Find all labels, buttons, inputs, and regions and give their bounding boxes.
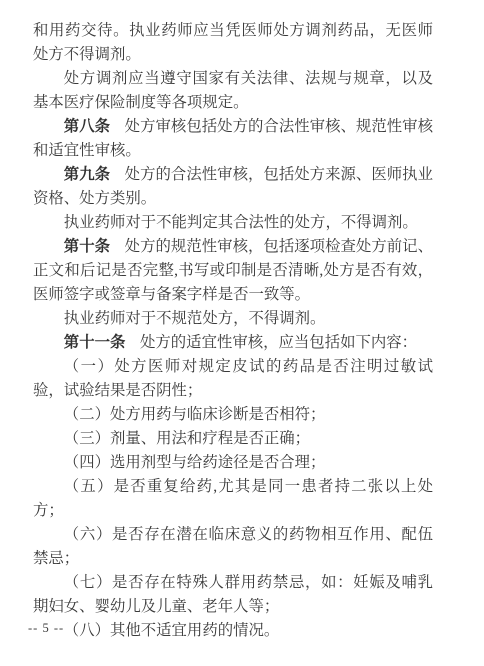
paragraph-article-8: 第八条处方审核包括处方的合法性审核、规范性审核和适宜性审核。 xyxy=(33,115,433,163)
paragraph-text: （五）是否重复给药,尤其是同一患者持二张以上处方； xyxy=(33,478,433,519)
article-10-number: 第十条 xyxy=(64,238,110,255)
list-item-3: （三）剂量、用法和疗程是否正确； xyxy=(33,427,433,451)
document-page: 和用药交待。执业药师应当凭医师处方调剂药品，无医师处方不得调剂。 处方调剂应当遵… xyxy=(0,0,484,666)
paragraph-article-11: 第十一条处方的适宜性审核，应当包括如下内容： xyxy=(33,331,433,355)
paragraph-nonstandard-refusal: 执业药师对于不规范处方，不得调剂。 xyxy=(33,307,433,331)
paragraph-text: （三）剂量、用法和疗程是否正确； xyxy=(64,430,310,447)
paragraph-text: 处方调剂应当遵守国家有关法律、法规与规章，以及基本医疗保险制度等各项规定。 xyxy=(33,70,433,111)
list-item-4: （四）选用剂型与给药途径是否合理； xyxy=(33,451,433,475)
page-number: -- 5 -- xyxy=(28,620,64,636)
article-11-number: 第十一条 xyxy=(64,334,126,351)
article-9-number: 第九条 xyxy=(64,166,110,183)
paragraph-text: （四）选用剂型与给药途径是否合理； xyxy=(64,454,326,471)
list-item-7: （七）是否存在特殊人群用药禁忌，如：妊娠及哺乳期妇女、婴幼儿及儿童、老年人等； xyxy=(33,571,433,619)
paragraph-legality-refusal: 执业药师对于不能判定其合法性的处方，不得调剂。 xyxy=(33,211,433,235)
paragraph-text: （一）处方医师对规定皮试的药品是否注明过敏试验，试验结果是否阴性； xyxy=(33,358,433,399)
paragraph-text: （八）其他不适宜用药的情况。 xyxy=(64,622,279,639)
paragraph-text: （二）处方用药与临床诊断是否相符； xyxy=(64,406,326,423)
paragraph-article-9: 第九条处方的合法性审核，包括处方来源、医师执业资格、处方类别。 xyxy=(33,163,433,211)
paragraph-article-10: 第十条处方的规范性审核，包括逐项检查处方前记、正文和后记是否完整,书写或印制是否… xyxy=(33,235,433,307)
paragraph-text: 和用药交待。执业药师应当凭医师处方调剂药品，无医师处方不得调剂。 xyxy=(33,22,433,63)
paragraph-dispensing-compliance: 处方调剂应当遵守国家有关法律、法规与规章，以及基本医疗保险制度等各项规定。 xyxy=(33,67,433,115)
paragraph-text: 执业药师对于不能判定其合法性的处方，不得调剂。 xyxy=(64,214,418,231)
paragraph-continued-dispensing: 和用药交待。执业药师应当凭医师处方调剂药品，无医师处方不得调剂。 xyxy=(33,19,433,67)
paragraph-text: 处方的适宜性审核，应当包括如下内容： xyxy=(140,334,417,351)
list-item-5: （五）是否重复给药,尤其是同一患者持二张以上处方； xyxy=(33,475,433,523)
paragraph-text: （七）是否存在特殊人群用药禁忌，如：妊娠及哺乳期妇女、婴幼儿及儿童、老年人等； xyxy=(33,574,433,615)
list-item-1: （一）处方医师对规定皮试的药品是否注明过敏试验，试验结果是否阴性； xyxy=(33,355,433,403)
paragraph-text: 执业药师对于不规范处方，不得调剂。 xyxy=(64,310,326,327)
paragraph-text: （六）是否存在潜在临床意义的药物相互作用、配伍禁忌； xyxy=(33,526,433,567)
list-item-2: （二）处方用药与临床诊断是否相符； xyxy=(33,403,433,427)
list-item-6: （六）是否存在潜在临床意义的药物相互作用、配伍禁忌； xyxy=(33,523,433,571)
document-body: 和用药交待。执业药师应当凭医师处方调剂药品，无医师处方不得调剂。 处方调剂应当遵… xyxy=(33,19,433,643)
article-8-number: 第八条 xyxy=(64,118,110,135)
list-item-8: （八）其他不适宜用药的情况。 xyxy=(33,619,433,643)
